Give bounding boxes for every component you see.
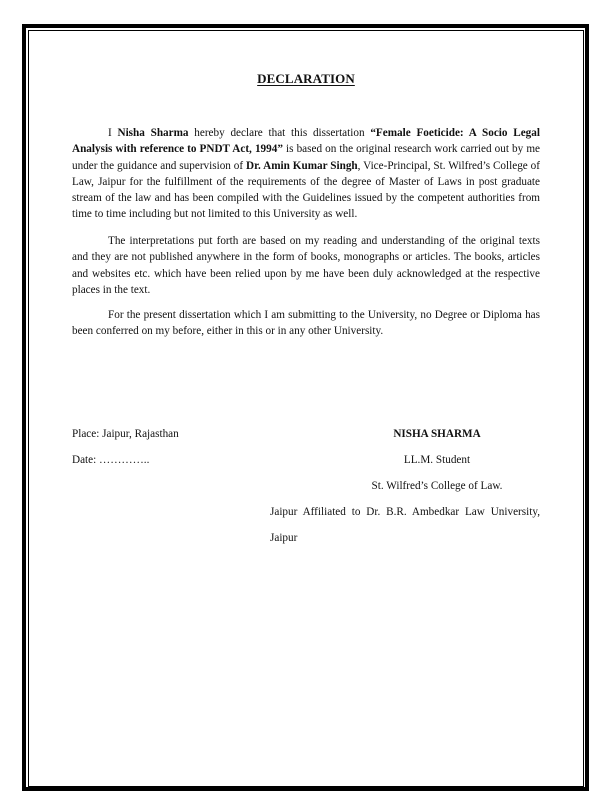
date-label: Date: ………….. bbox=[72, 452, 149, 468]
author-name: Nisha Sharma bbox=[117, 127, 188, 139]
signatory-affiliation: Jaipur Affiliated to Dr. B.R. Ambedkar L… bbox=[270, 504, 540, 520]
signatory-role: LL.M. Student bbox=[337, 452, 537, 468]
signatory-name: NISHA SHARMA bbox=[337, 426, 537, 442]
para-3-text: For the present dissertation which I am … bbox=[72, 309, 540, 337]
declaration-paragraph-2: The interpretations put forth are based … bbox=[72, 233, 540, 298]
supervisor-name: Dr. Amin Kumar Singh bbox=[246, 160, 358, 172]
signatory-college: St. Wilfred’s College of Law. bbox=[337, 478, 537, 494]
signatory-city: Jaipur bbox=[270, 530, 297, 546]
para-2-text: The interpretations put forth are based … bbox=[72, 235, 540, 296]
para-1-text-b: hereby declare that this dissertation bbox=[189, 127, 371, 139]
place-label: Place: Jaipur, Rajasthan bbox=[72, 426, 179, 442]
declaration-paragraph-1: I Nisha Sharma hereby declare that this … bbox=[72, 125, 540, 223]
declaration-paragraph-3: For the present dissertation which I am … bbox=[72, 307, 540, 340]
page-title: DECLARATION bbox=[0, 71, 612, 87]
